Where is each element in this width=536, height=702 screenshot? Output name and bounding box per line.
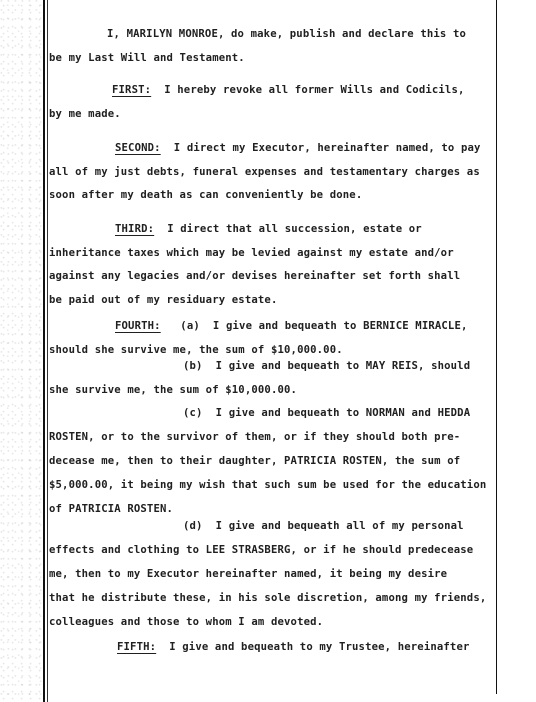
line-text: (a) I give and bequeath to BERNICE MIRAC…: [161, 320, 468, 332]
line-text: I direct that all succession, estate or: [154, 223, 422, 235]
text-line: against any legacies and/or devises here…: [49, 269, 460, 283]
left-margin-line-inner: [47, 0, 48, 702]
line-text: (c) I give and bequeath to NORMAN and HE…: [183, 407, 470, 419]
text-line: ROSTEN, or to the survivor of them, or i…: [49, 430, 460, 444]
text-line: me, then to my Executor hereinafter name…: [49, 567, 447, 581]
text-line: she survive me, the sum of $10,000.00.: [49, 383, 297, 397]
line-text: me, then to my Executor hereinafter name…: [49, 568, 447, 580]
line-text: I, MARILYN MONROE, do make, publish and …: [107, 28, 466, 40]
article-heading-line: FIFTH: I give and bequeath to my Trustee…: [117, 640, 470, 654]
line-text: inheritance taxes which may be levied ag…: [49, 247, 454, 259]
article-heading-line: FIRST: I hereby revoke all former Wills …: [112, 83, 465, 97]
line-text: all of my just debts, funeral expenses a…: [49, 166, 480, 178]
line-text: (b) I give and bequeath to MAY REIS, sho…: [183, 360, 470, 372]
text-line: inheritance taxes which may be levied ag…: [49, 246, 454, 260]
text-line: soon after my death as can conveniently …: [49, 188, 362, 202]
article-heading: FIFTH:: [117, 641, 156, 653]
scanned-document-page: I, MARILYN MONROE, do make, publish and …: [0, 0, 536, 702]
text-line: I, MARILYN MONROE, do make, publish and …: [107, 27, 466, 41]
line-text: colleagues and those to whom I am devote…: [49, 616, 323, 628]
line-text: I give and bequeath to my Trustee, herei…: [156, 641, 469, 653]
line-text: soon after my death as can conveniently …: [49, 189, 362, 201]
text-line: colleagues and those to whom I am devote…: [49, 615, 323, 629]
text-line: (b) I give and bequeath to MAY REIS, sho…: [183, 359, 470, 373]
article-heading: FOURTH:: [115, 320, 161, 332]
line-text: of PATRICIA ROSTEN.: [49, 503, 173, 515]
left-margin-line: [43, 0, 45, 702]
line-text: decease me, then to their daughter, PATR…: [49, 455, 460, 467]
text-line: effects and clothing to LEE STRASBERG, o…: [49, 543, 473, 557]
line-text: I direct my Executor, hereinafter named,…: [161, 142, 481, 154]
text-line: $5,000.00, it being my wish that such su…: [49, 478, 486, 492]
line-text: effects and clothing to LEE STRASBERG, o…: [49, 544, 473, 556]
line-text: against any legacies and/or devises here…: [49, 270, 460, 282]
article-heading: FIRST:: [112, 84, 151, 96]
line-text: I hereby revoke all former Wills and Cod…: [151, 84, 464, 96]
article-heading-line: SECOND: I direct my Executor, hereinafte…: [115, 141, 481, 155]
text-line: by me made.: [49, 107, 121, 121]
line-text: ROSTEN, or to the survivor of them, or i…: [49, 431, 460, 443]
text-line: (d) I give and bequeath all of my person…: [183, 519, 464, 533]
text-line: all of my just debts, funeral expenses a…: [49, 165, 480, 179]
article-heading: SECOND:: [115, 142, 161, 154]
text-line: be paid out of my residuary estate.: [49, 293, 277, 307]
text-line: of PATRICIA ROSTEN.: [49, 502, 173, 516]
text-line: be my Last Will and Testament.: [49, 51, 245, 65]
line-text: $5,000.00, it being my wish that such su…: [49, 479, 486, 491]
scan-noise: [0, 0, 42, 702]
article-heading-line: FOURTH: (a) I give and bequeath to BERNI…: [115, 319, 468, 333]
line-text: she survive me, the sum of $10,000.00.: [49, 384, 297, 396]
line-text: (d) I give and bequeath all of my person…: [183, 520, 464, 532]
text-line: that he distribute these, in his sole di…: [49, 591, 486, 605]
right-margin-line: [496, 0, 497, 694]
line-text: should she survive me, the sum of $10,00…: [49, 344, 343, 356]
text-line: (c) I give and bequeath to NORMAN and HE…: [183, 406, 470, 420]
line-text: be my Last Will and Testament.: [49, 52, 245, 64]
article-heading: THIRD:: [115, 223, 154, 235]
article-heading-line: THIRD: I direct that all succession, est…: [115, 222, 422, 236]
line-text: that he distribute these, in his sole di…: [49, 592, 486, 604]
text-line: decease me, then to their daughter, PATR…: [49, 454, 460, 468]
line-text: be paid out of my residuary estate.: [49, 294, 277, 306]
line-text: by me made.: [49, 108, 121, 120]
text-line: should she survive me, the sum of $10,00…: [49, 343, 343, 357]
